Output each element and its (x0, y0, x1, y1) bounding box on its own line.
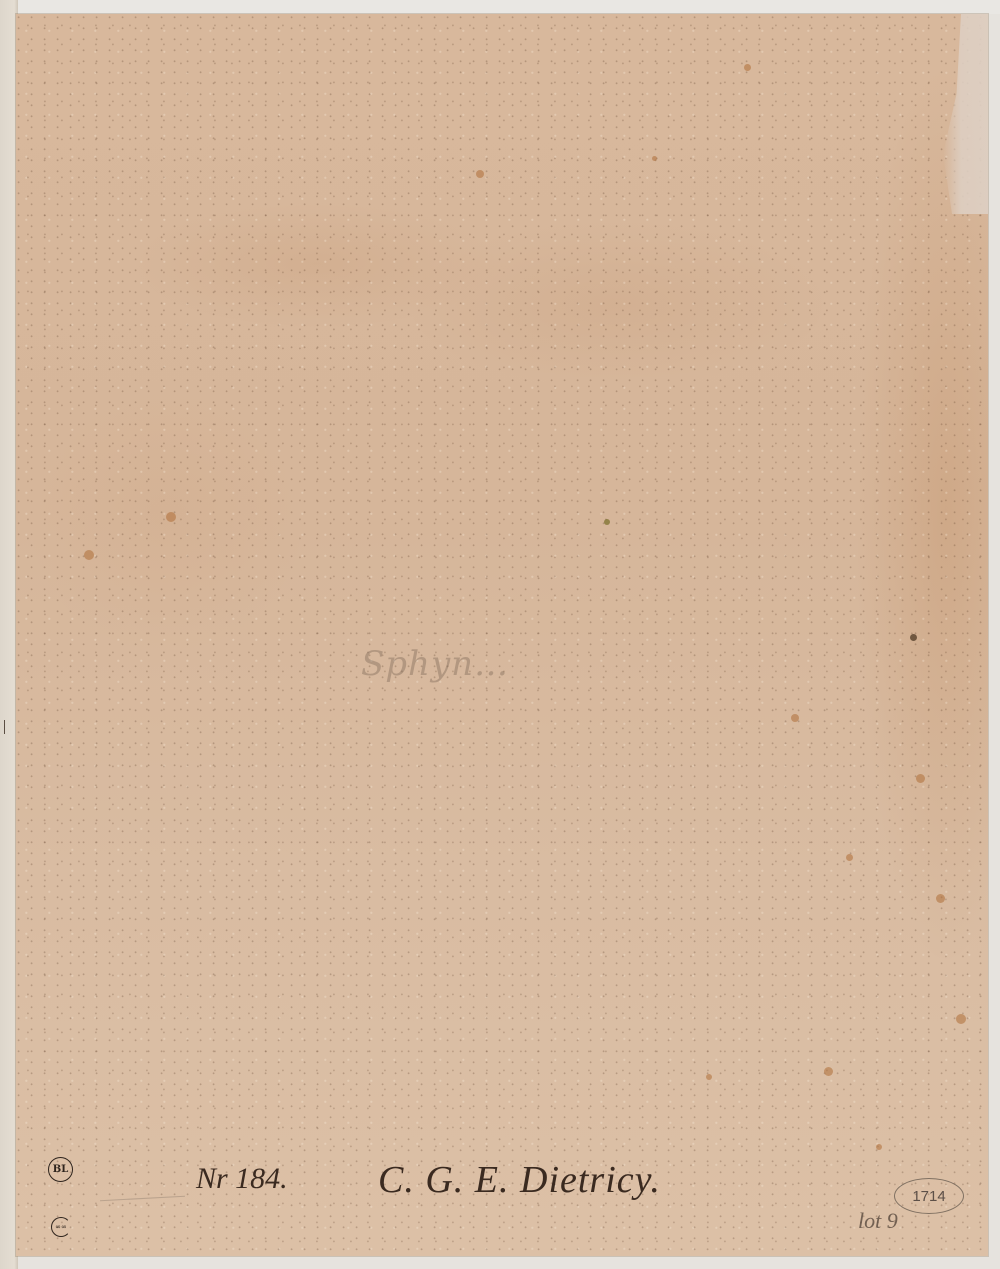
oval-number-mark: 1714 (894, 1178, 964, 1214)
foxing-spot (84, 550, 94, 560)
foxing-spot (166, 512, 176, 522)
pale-edge-stain (943, 14, 988, 214)
paper-sheet-verso: Sphyn… (16, 14, 988, 1256)
foxing-spot (706, 1074, 712, 1080)
foxing-spot (604, 519, 610, 525)
lot-note: lot 9 (858, 1208, 898, 1234)
foxing-spot (916, 774, 925, 783)
foxing-spot (652, 156, 657, 161)
artist-attribution: C. G. E. Dietricy. (378, 1158, 661, 1202)
mount-mark (4, 720, 5, 734)
foxing-spot (791, 714, 799, 722)
collector-stamp-icon: BL (48, 1157, 73, 1182)
scanner-background-top (0, 0, 1000, 14)
small-stamp-icon: ∞∞ (51, 1217, 71, 1237)
foxing-spot (910, 634, 917, 641)
foxing-spot (936, 894, 945, 903)
foxing-spot (476, 170, 484, 178)
foxing-spot (824, 1067, 833, 1076)
inventory-number: Nr 184. (196, 1162, 288, 1196)
foxing-spot (744, 64, 751, 71)
foxing-spot (956, 1014, 966, 1024)
pencil-inscription: Sphyn… (361, 644, 509, 684)
foxing-spot (876, 1144, 882, 1150)
foxing-spot (846, 854, 853, 861)
